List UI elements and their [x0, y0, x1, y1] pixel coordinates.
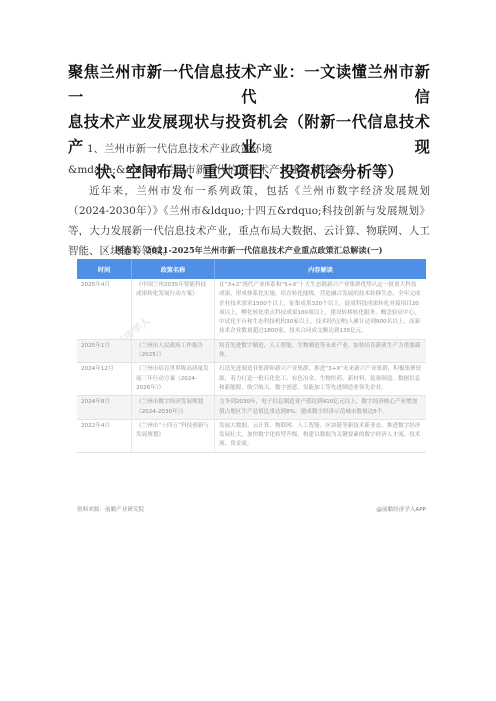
document-page: 聚焦兰州市新一代信息技术产业：一文读懂兰州市新一代信 息技术产业发展现状与投资机…: [0, 0, 496, 701]
cell-time: 2025年4月: [77, 279, 132, 339]
table-caption: 图表1：2021-2025年兰州市新一代信息技术产业重点政策汇总解读(一): [68, 245, 430, 256]
header-time: 时间: [77, 259, 132, 279]
header-policy-name: 政策名称: [132, 259, 215, 279]
table-row: 2024年12月 《兰州市培育世界级高质量发展三年行动方案（2024-2026年…: [77, 363, 426, 396]
table-row: 2022年4月 《兰州市“十四五”科技创新与发展规划》 发展大数据、云计算、物联…: [77, 419, 426, 452]
table-row: 2025年4月 《中国兰州2035年智能科技成果转化发展行动方案》 在“3+2”…: [77, 279, 426, 339]
cell-policy-name: 《中国兰州2035年智能科技成果转化发展行动方案》: [132, 279, 215, 339]
cell-content: 发展大数据、云计算、物联网、人工智能、区块链等新技术新业态，推进数字经济发展壮大…: [215, 419, 427, 452]
cell-content: 培育先进数字制造、人工智能、生物制造等未来产业，加快培育新质生产力重要载体。: [215, 339, 427, 363]
cell-time: 2024年8月: [77, 396, 132, 420]
source-note: 资料来源：前瞻产业研究院: [77, 505, 144, 513]
table-header-row: 时间 政策名称 内容解读: [77, 259, 426, 279]
cell-time: 2024年12月: [77, 363, 132, 396]
header-content: 内容解读: [215, 259, 427, 279]
table-row: 2024年8月 《兰州市数字经济发展规划（2024-2030年）》 力争到203…: [77, 396, 426, 420]
subsection-heading: &mdash;&mdash;兰州市新一代信息技术产业重点政策梳理: [68, 162, 353, 177]
cell-content: 力争到2030年，电子信息制造业产值达到410亿元以上，数字经济核心产业增加值占…: [215, 396, 427, 420]
cell-time: 2022年4月: [77, 419, 132, 452]
cell-policy-name: 《兰州市数字经济发展规划（2024-2030年）》: [132, 396, 215, 420]
title-line-1: 聚焦兰州市新一代信息技术产业：一文读懂兰州市新一代信: [68, 60, 430, 110]
cell-time: 2025年1月: [77, 339, 132, 363]
cell-content: 在“3+2”现代产业体系和“5+X”十大生态链新兴产业集群优势认定一批重大科技成…: [215, 279, 427, 339]
brand-note: @前瞻经济学人APP: [376, 505, 426, 513]
policy-table: 时间 政策名称 内容解读 2025年4月 《中国兰州2035年智能科技成果转化发…: [77, 259, 426, 453]
cell-content: 打造先进制造业集群和新兴产业集群，推进“3+X”未来新兴产业集群，积极集聚资源，…: [215, 363, 427, 396]
cell-policy-name: 《兰州市培育世界级高质量发展三年行动方案（2024-2026年）》: [132, 363, 215, 396]
section-heading: 1、兰州市新一代信息技术产业政策环境: [87, 141, 272, 156]
cell-policy-name: 《兰州市人民政府工作报告（2025）》: [132, 339, 215, 363]
cell-policy-name: 《兰州市“十四五”科技创新与发展规划》: [132, 419, 215, 452]
table-row: 2025年1月 《兰州市人民政府工作报告（2025）》 培育先进数字制造、人工智…: [77, 339, 426, 363]
